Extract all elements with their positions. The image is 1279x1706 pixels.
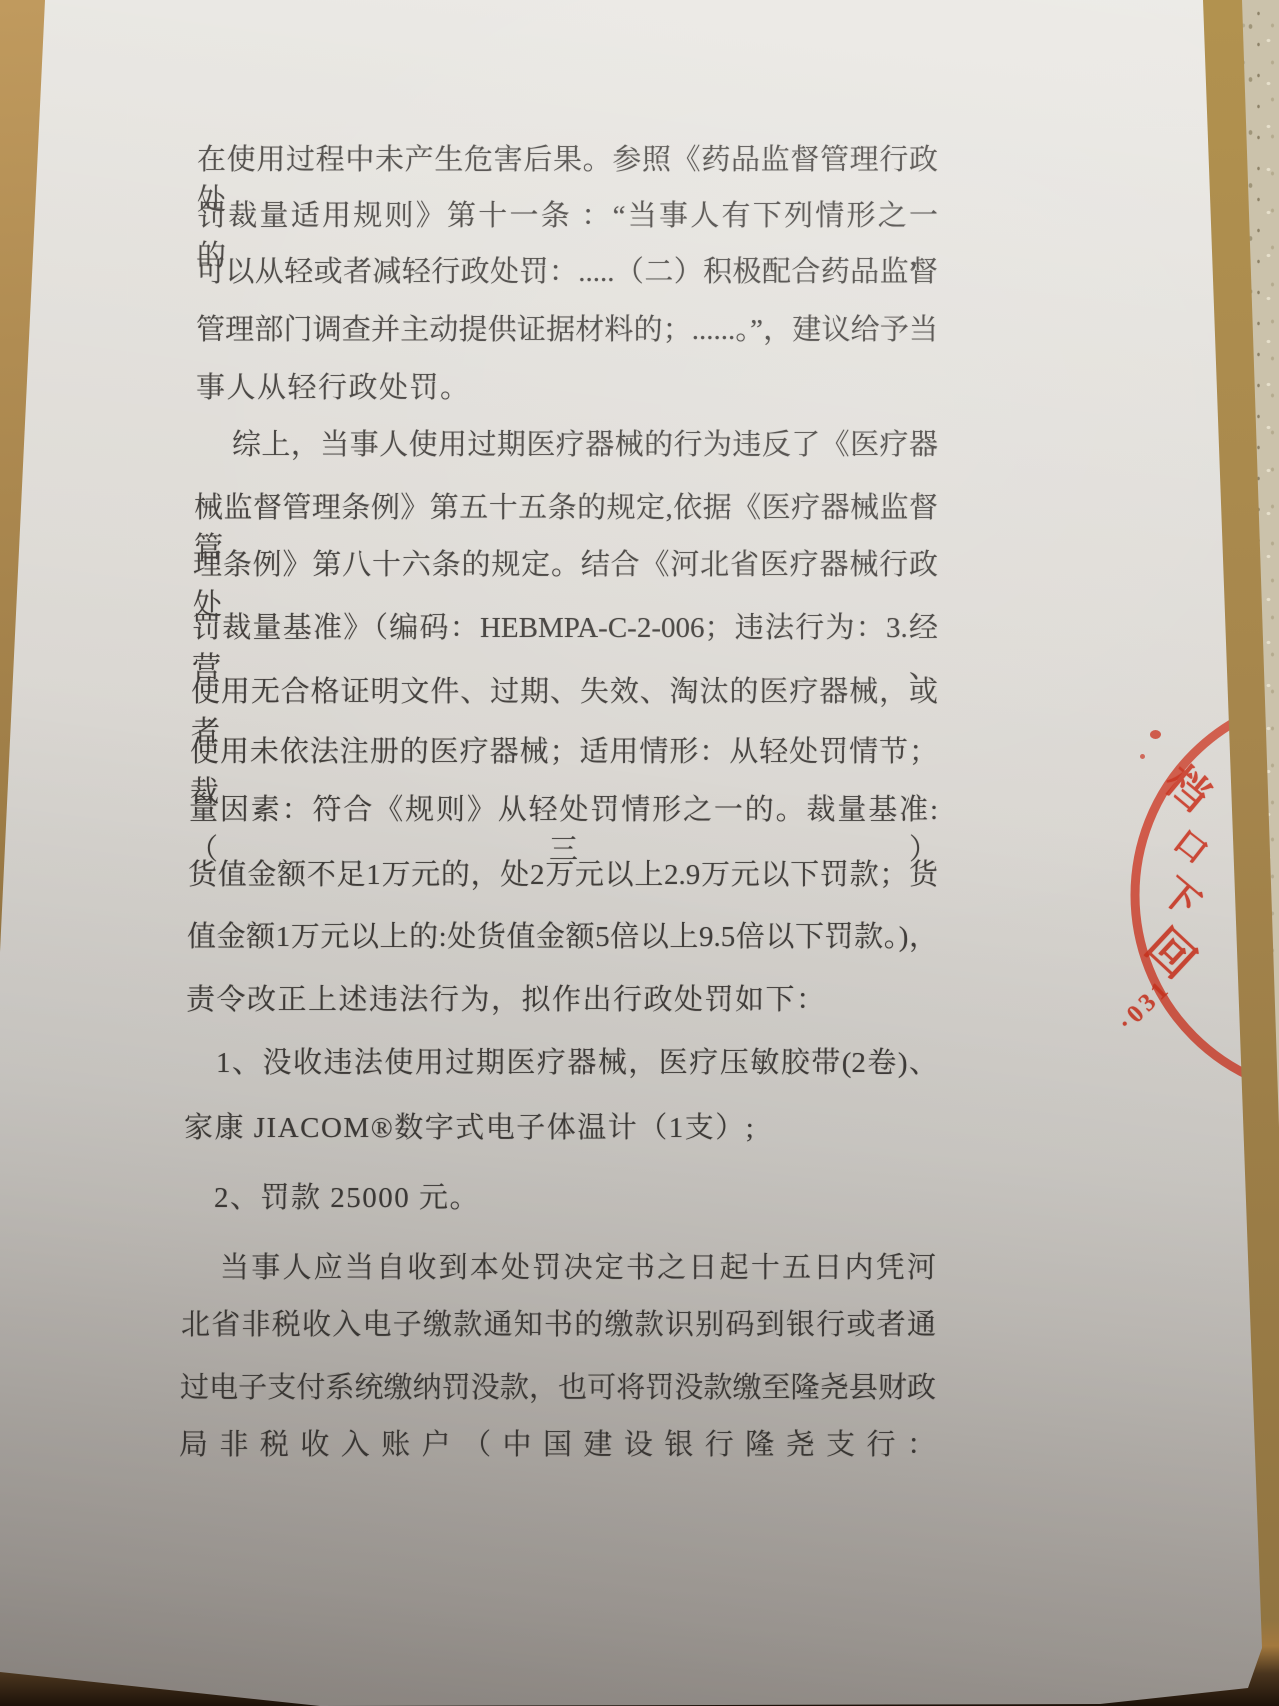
stamp-ink-speck <box>1150 730 1161 739</box>
text-line: 事人从轻行政处罚。 <box>196 368 471 412</box>
text-line: 当事人应当自收到本处罚决定书之日起十五日内凭河 <box>220 1248 936 1292</box>
text-line: 管理部门调查并主动提供证据材料的；......。”，建议给予当 <box>196 310 938 354</box>
text-line: 罚裁量基准》（编码：HEBMPA-C-2-006；违法行为：3.经营、 <box>192 608 938 652</box>
photo-of-document: { "document": { "kind": "administrative-… <box>0 0 1279 1706</box>
stamp-character-fragment: 档 <box>1154 750 1225 823</box>
text-line: 局非税收入账户（中国建设银行隆尧支行： <box>179 1425 936 1469</box>
text-line: 过电子支付系统缴纳罚没款，也可将罚没款缴至隆尧县财政 <box>180 1368 936 1412</box>
text-line: 货值金额不足1万元的，处2万元以上2.9万元以下罚款；货 <box>188 855 938 899</box>
text-line: 罚裁量适用规则》第十一条 ：“当事人有下列情形之一的， <box>197 196 938 240</box>
stamp-ring-arc <box>1110 710 1279 1100</box>
stamp-character-fragment: 回 <box>1134 911 1213 991</box>
penalty-item-1-continued: 家康 JIACOM®数字式电子体温计（1支）; <box>184 1108 755 1152</box>
document-page: 在使用过程中未产生危害后果。参照《药品监督管理行政处 罚裁量适用规则》第十一条 … <box>0 0 1279 1706</box>
text-line: 理条例》第八十六条的规定。结合《河北省医疗器械行政处 <box>193 545 938 589</box>
text-line: 在使用过程中未产生危害后果。参照《药品监督管理行政处 <box>197 140 938 184</box>
text-line: 械监督管理条例》第五十五条的规定,依据《医疗器械监督管 <box>194 488 938 532</box>
stamp-ink-speck <box>1140 754 1145 759</box>
red-stamp: 档 口 下 回 ·031 <box>1110 710 1279 1100</box>
text-line: 使用未依法注册的医疗器械；适用情形：从轻处罚情节；裁 <box>190 732 938 776</box>
text-line: 可以从轻或者减轻行政处罚：.....（二）积极配合药品监督 <box>196 252 938 296</box>
stamp-character-fragment: 口 <box>1165 817 1219 873</box>
text-line: 量因素：符合《规则》从轻处罚情形之一的。裁量基准:（三） <box>189 790 938 834</box>
text-line: 责令改正上述违法行为，拟作出行政处罚如下： <box>186 980 827 1024</box>
penalty-item-1: 1、没收违法使用过期医疗器械，医疗压敏胶带(2卷)、 <box>216 1043 938 1087</box>
text-line: 值金额1万元以上的:处货值金额5倍以上9.5倍以下罚款。)， <box>187 917 938 961</box>
text-line: 使用无合格证明文件、过期、失效、淘汰的医疗器械，或者 <box>191 672 938 716</box>
stamp-character-fragment: 下 <box>1152 864 1212 926</box>
text-line: 综上，当事人使用过期医疗器械的行为违反了《医疗器 <box>232 425 938 469</box>
text-line: 北省非税收入电子缴款通知书的缴款识别码到银行或者通 <box>181 1305 936 1349</box>
stamp-number: ·031 <box>1113 974 1177 1037</box>
penalty-item-2: 2、罚款 25000 元。 <box>214 1178 480 1222</box>
